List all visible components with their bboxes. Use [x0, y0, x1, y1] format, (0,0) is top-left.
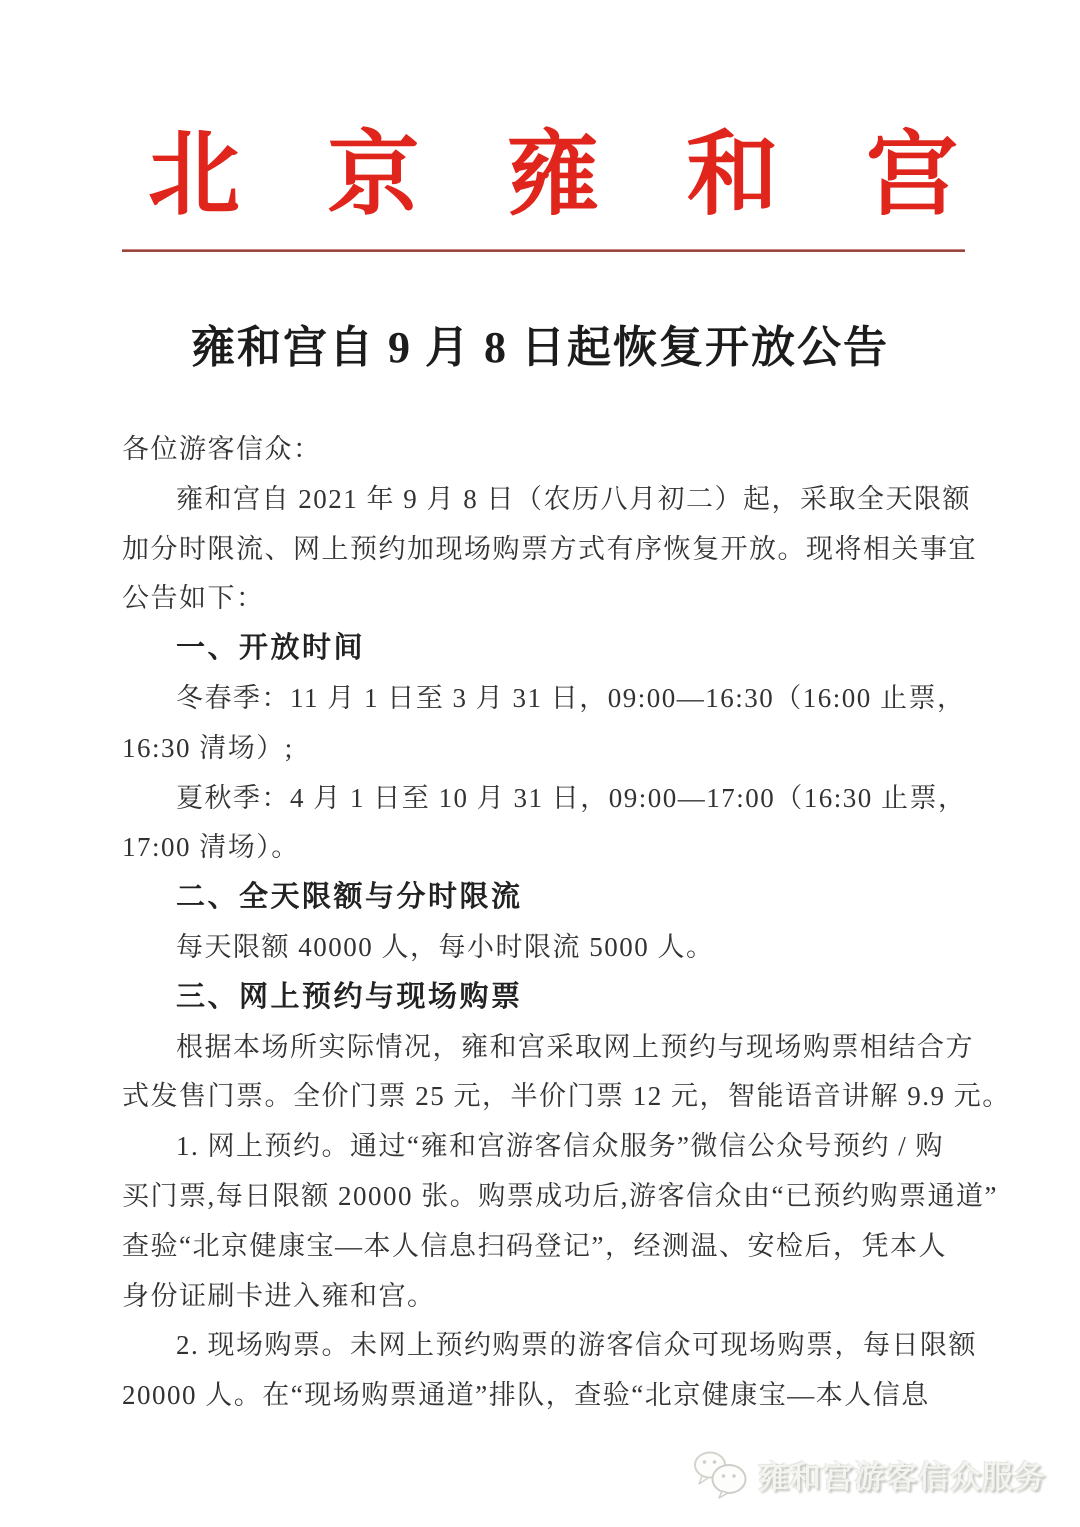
paragraph-line: 买门票,每日限额 20000 张。购票成功后,游客信众由“已预约购票通道”: [122, 1172, 968, 1222]
paragraph-line: 根据本场所实际情况，雍和宫采取网上预约与现场购票相结合方: [122, 1023, 968, 1073]
wechat-icon: [692, 1449, 750, 1499]
brand-divider-rule: [122, 249, 965, 252]
brand-char: 宫: [866, 126, 958, 225]
paragraph-line: 夏秋季：4 月 1 日至 10 月 31 日，09:00—17:00（16:30…: [122, 774, 968, 824]
document-page: 北 京 雍 和 宫 雍和宫自 9 月 8 日起恢复开放公告 各位游客信众： 雍和…: [0, 0, 1080, 1527]
section-heading-2: 二、全天限额与分时限流: [122, 873, 968, 923]
paragraph-line: 身份证刷卡进入雍和宫。: [122, 1272, 968, 1322]
paragraph-line: 公告如下：: [122, 574, 968, 624]
paragraph-line: 查验“北京健康宝—本人信息扫码登记”，经测温、安检后，凭本人: [122, 1222, 968, 1272]
watermark-label: 雍和宫游客信众服务: [758, 1452, 1046, 1497]
paragraph-line: 1. 网上预约。通过“雍和宫游客信众服务”微信公众号预约 / 购: [122, 1122, 968, 1172]
brand-char: 和: [686, 126, 778, 225]
brand-char: 北: [148, 126, 240, 225]
brand-char: 京: [327, 126, 419, 225]
paragraph-line: 式发售门票。全价门票 25 元，半价门票 12 元，智能语音讲解 9.9 元。: [122, 1072, 968, 1122]
paragraph-line: 17:00 清场）。: [122, 823, 968, 873]
paragraph-line: 雍和宫自 2021 年 9 月 8 日（农历八月初二）起，采取全天限额: [122, 475, 968, 525]
section-heading-1: 一、开放时间: [122, 624, 968, 674]
paragraph-line: 冬春季：11 月 1 日至 3 月 31 日，09:00—16:30（16:00…: [122, 674, 968, 724]
announcement-title: 雍和宫自 9 月 8 日起恢复开放公告: [0, 311, 1080, 375]
watermark: 雍和宫游客信众服务: [692, 1449, 1046, 1499]
brand-char: 雍: [507, 126, 599, 225]
paragraph-line: 每天限额 40000 人，每小时限流 5000 人。: [122, 923, 968, 973]
paragraph-line: 16:30 清场）;: [122, 724, 968, 774]
paragraph-line: 加分时限流、网上预约加现场购票方式有序恢复开放。现将相关事宜: [122, 525, 968, 575]
paragraph-line: 2. 现场购票。未网上预约购票的游客信众可现场购票，每日限额: [122, 1321, 968, 1371]
document-body: 各位游客信众： 雍和宫自 2021 年 9 月 8 日（农历八月初二）起，采取全…: [122, 425, 968, 1421]
salutation-line: 各位游客信众：: [122, 425, 968, 475]
section-heading-3: 三、网上预约与现场购票: [122, 973, 968, 1023]
paragraph-line: 20000 人。在“现场购票通道”排队，查验“北京健康宝—本人信息: [122, 1371, 968, 1421]
brand-header: 北 京 雍 和 宫: [148, 126, 958, 225]
